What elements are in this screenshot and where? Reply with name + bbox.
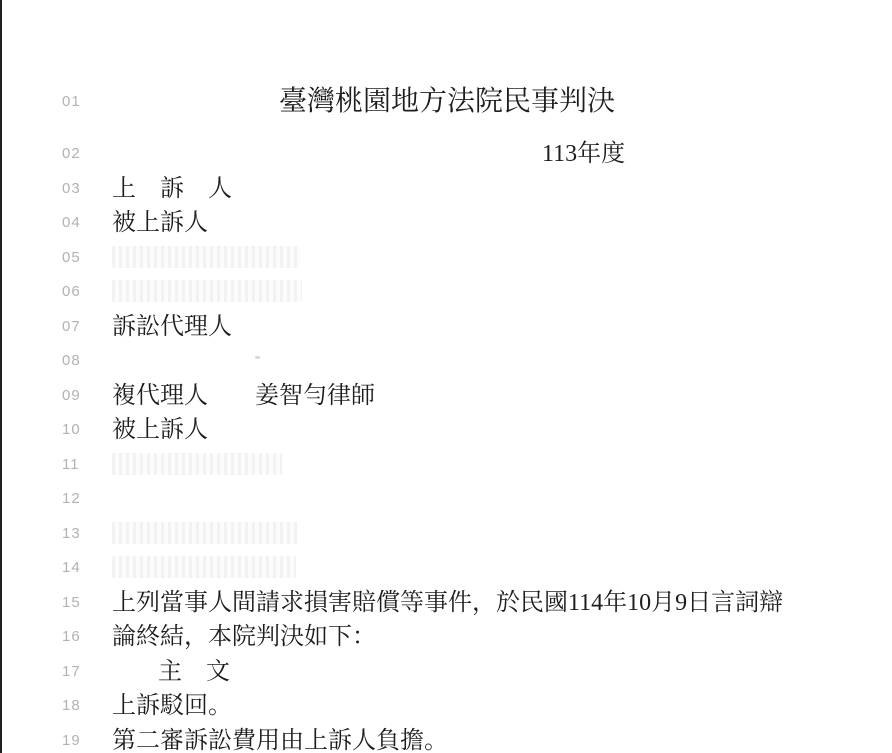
line-number: 06 <box>62 275 81 309</box>
line-number: 07 <box>62 310 81 344</box>
body-text: 論終結，本院判決如下： <box>112 620 376 654</box>
document-line: 14 <box>2 551 892 585</box>
party-label: 訴訟代理人 <box>112 310 232 344</box>
judgment-document-page: 01臺灣桃園地方法院民事判決02113年度03上 訴 人04被上訴人050607… <box>0 0 892 753</box>
document-line: 02113年度 <box>2 137 892 171</box>
case-year: 113年度 <box>542 137 625 171</box>
document-line: 09複代理人姜智勻律師 <box>2 379 892 413</box>
document-line: 19第二審訴訟費用由上訴人負擔。 <box>2 724 892 753</box>
redacted-text-block <box>112 453 282 475</box>
line-number: 03 <box>62 172 81 206</box>
document-line: 06 <box>2 275 892 309</box>
line-number: 01 <box>62 85 81 119</box>
document-line: 18上訴駁回。 <box>2 689 892 723</box>
line-number: 08 <box>62 344 81 378</box>
body-text: 上列當事人間請求損害賠償等事件，於民國114年10月9日言詞辯 <box>112 586 783 620</box>
line-number: 14 <box>62 551 81 585</box>
line-number: 05 <box>62 241 81 275</box>
document-line: 13 <box>2 517 892 551</box>
document-line: 16論終結，本院判決如下： <box>2 620 892 654</box>
document-line: 05 <box>2 241 892 275</box>
document-line: 03上 訴 人 <box>2 172 892 206</box>
line-number: 15 <box>62 586 81 620</box>
line-number: 13 <box>62 517 81 551</box>
document-line: 17主 文 <box>2 655 892 689</box>
line-number: 18 <box>62 689 81 723</box>
document-line: 12 <box>2 482 892 516</box>
line-number: 09 <box>62 379 81 413</box>
document-line: 11 <box>2 448 892 482</box>
redacted-text-block <box>112 280 302 302</box>
party-label: 複代理人 <box>112 379 208 413</box>
document-line: 10被上訴人 <box>2 413 892 447</box>
party-label: 被上訴人 <box>112 206 208 240</box>
line-number: 12 <box>62 482 81 516</box>
line-number: 16 <box>62 620 81 654</box>
line-number: 17 <box>62 655 81 689</box>
redacted-text-block <box>112 246 300 268</box>
line-number: 04 <box>62 206 81 240</box>
document-line: 04被上訴人 <box>2 206 892 240</box>
line-number: 11 <box>62 448 80 482</box>
redacted-text-block <box>112 556 296 578</box>
document-line: 08 <box>2 344 892 378</box>
document-line: 15上列當事人間請求損害賠償等事件，於民國114年10月9日言詞辯 <box>2 586 892 620</box>
party-label: 上 訴 人 <box>112 172 232 206</box>
redacted-text-block <box>112 522 298 544</box>
party-label: 被上訴人 <box>112 413 208 447</box>
document-line: 01臺灣桃園地方法院民事判決 <box>2 85 892 119</box>
document-line: 07訴訟代理人 <box>2 310 892 344</box>
body-text: 上訴駁回。 <box>112 689 232 723</box>
line-number: 10 <box>62 413 81 447</box>
document-title: 臺灣桃園地方法院民事判決 <box>279 85 615 119</box>
party-name: 姜智勻律師 <box>255 379 375 413</box>
line-number: 02 <box>62 137 81 171</box>
section-heading: 主 文 <box>158 655 230 689</box>
line-number: 19 <box>62 724 81 753</box>
faint-redaction-mark <box>255 356 260 359</box>
body-text: 第二審訴訟費用由上訴人負擔。 <box>112 724 448 753</box>
